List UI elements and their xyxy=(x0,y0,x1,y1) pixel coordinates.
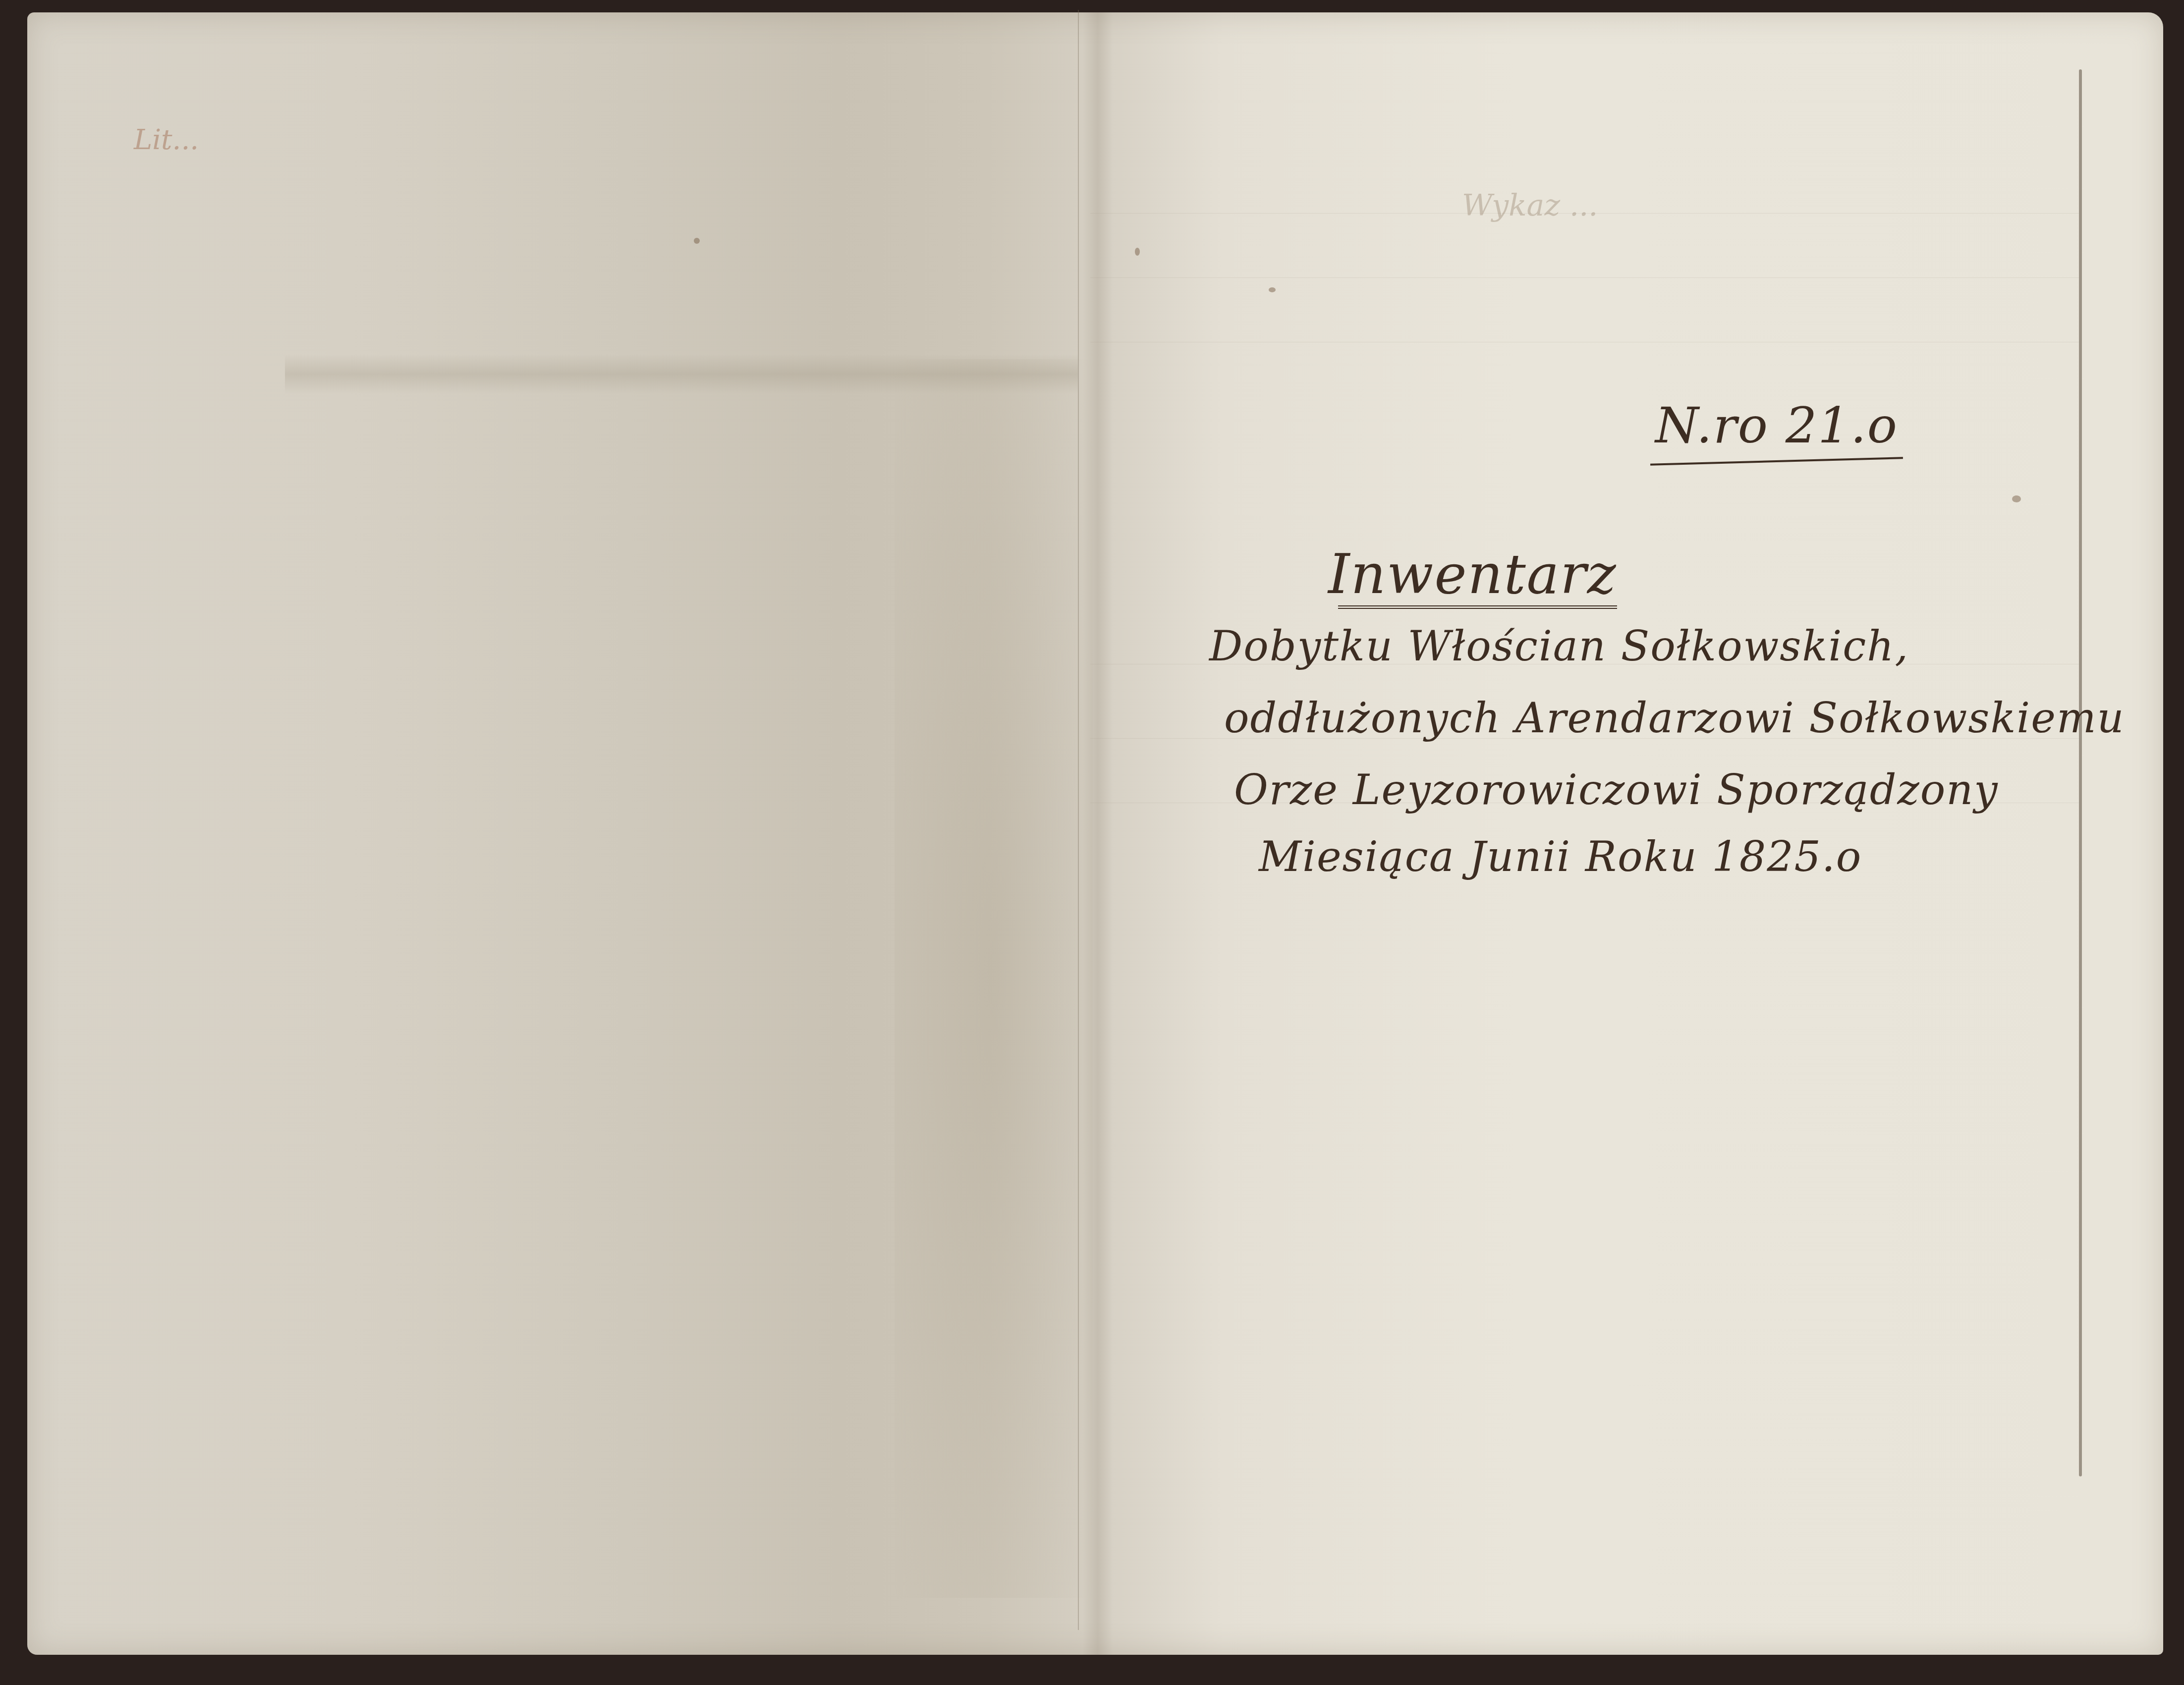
document-number: N.ro 21.o xyxy=(1655,396,1898,454)
fold-crease-line xyxy=(1078,10,1079,1630)
right-margin-rule xyxy=(2079,69,2082,1476)
document-title: Inwentarz xyxy=(1328,543,1617,606)
title-double-underline xyxy=(1338,605,1617,609)
text-line-1: Dobytku Włościan Sołkowskich, xyxy=(1209,622,1909,670)
bleed-through-text: Wykaz ... xyxy=(1462,188,1598,223)
document-number-text: N.ro 21.o xyxy=(1655,396,1898,454)
water-stain-center xyxy=(895,359,1093,1598)
text-line-2: oddłużonych Arendarzowi Sołkowskiemu xyxy=(1224,694,2125,742)
ruled-line xyxy=(1090,342,2081,342)
scan-background: Wykaz ... Lit... N.ro 21.o Inwentarz Dob… xyxy=(0,0,2184,1685)
corner-faded-text: Lit... xyxy=(134,124,199,156)
ink-speck xyxy=(1269,287,1276,292)
text-line-3: Orze Leyzorowiczowi Sporządzony xyxy=(1234,765,1999,814)
text-line-4-date: Miesiąca Junii Roku 1825.o xyxy=(1259,832,1862,881)
ink-speck xyxy=(2012,495,2021,502)
ink-speck xyxy=(694,238,700,244)
ruled-line xyxy=(1090,277,2081,278)
document-title-text: Inwentarz xyxy=(1328,543,1617,606)
ink-speck xyxy=(1135,248,1140,256)
